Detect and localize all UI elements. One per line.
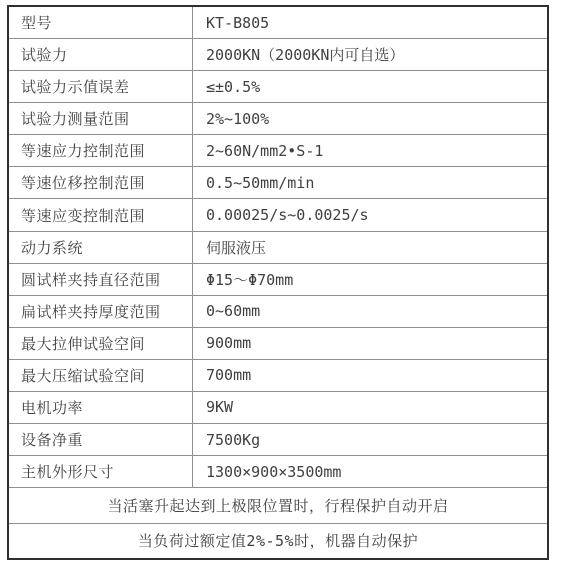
spec-value: 0.00025/s~0.0025/s	[193, 199, 547, 230]
spec-value: 0.5~50mm/min	[193, 167, 547, 198]
spec-label: 设备净重	[9, 424, 193, 455]
spec-label: 等速应变控制范围	[9, 199, 193, 230]
spec-value: 2%~100%	[193, 103, 547, 134]
spec-label: 试验力示值误差	[9, 71, 193, 102]
table-row: 等速应变控制范围 0.00025/s~0.0025/s	[9, 199, 547, 231]
spec-label: 圆试样夹持直径范围	[9, 264, 193, 295]
spec-value: Φ15～Φ70mm	[193, 264, 547, 295]
spec-label: 型号	[9, 7, 193, 38]
spec-value: 1300×900×3500mm	[193, 456, 547, 487]
spec-label: 动力系统	[9, 232, 193, 263]
spec-value: 7500Kg	[193, 424, 547, 455]
table-row: 试验力示值误差 ≤±0.5%	[9, 71, 547, 103]
spec-label: 最大压缩试验空间	[9, 360, 193, 391]
table-row: 等速位移控制范围 0.5~50mm/min	[9, 167, 547, 199]
table-row: 型号 KT-B805	[9, 7, 547, 39]
table-row: 等速应力控制范围 2~60N/mm2•S-1	[9, 135, 547, 167]
spec-label: 等速位移控制范围	[9, 167, 193, 198]
spec-table: 型号 KT-B805 试验力 2000KN（2000KN内可自选） 试验力示值误…	[7, 5, 549, 560]
spec-label: 扁试样夹持厚度范围	[9, 296, 193, 327]
table-row: 试验力测量范围 2%~100%	[9, 103, 547, 135]
spec-value: 2~60N/mm2•S-1	[193, 135, 547, 166]
spec-value: ≤±0.5%	[193, 71, 547, 102]
table-row: 试验力 2000KN（2000KN内可自选）	[9, 39, 547, 71]
spec-label: 试验力	[9, 39, 193, 70]
spec-label: 主机外形尺寸	[9, 456, 193, 487]
spec-value: KT-B805	[193, 7, 547, 38]
table-row: 扁试样夹持厚度范围 0~60mm	[9, 296, 547, 328]
table-row: 圆试样夹持直径范围 Φ15～Φ70mm	[9, 264, 547, 296]
table-row: 电机功率 9KW	[9, 392, 547, 424]
overload-protection-note: 当负荷过额定值2%-5%时，机器自动保护	[9, 524, 547, 558]
spec-label: 电机功率	[9, 392, 193, 423]
stroke-protection-note: 当活塞升起达到上极限位置时，行程保护自动开启	[9, 488, 547, 523]
spec-value: 2000KN（2000KN内可自选）	[193, 39, 547, 70]
table-row: 最大压缩试验空间 700mm	[9, 360, 547, 392]
spec-label: 试验力测量范围	[9, 103, 193, 134]
spec-value: 700mm	[193, 360, 547, 391]
spec-value: 伺服液压	[193, 232, 547, 263]
spec-label: 最大拉伸试验空间	[9, 328, 193, 359]
spec-value: 900mm	[193, 328, 547, 359]
spec-label: 等速应力控制范围	[9, 135, 193, 166]
table-row: 动力系统 伺服液压	[9, 232, 547, 264]
spec-value: 9KW	[193, 392, 547, 423]
table-row: 设备净重 7500Kg	[9, 424, 547, 456]
spec-value: 0~60mm	[193, 296, 547, 327]
table-row: 主机外形尺寸 1300×900×3500mm	[9, 456, 547, 488]
table-row: 最大拉伸试验空间 900mm	[9, 328, 547, 360]
